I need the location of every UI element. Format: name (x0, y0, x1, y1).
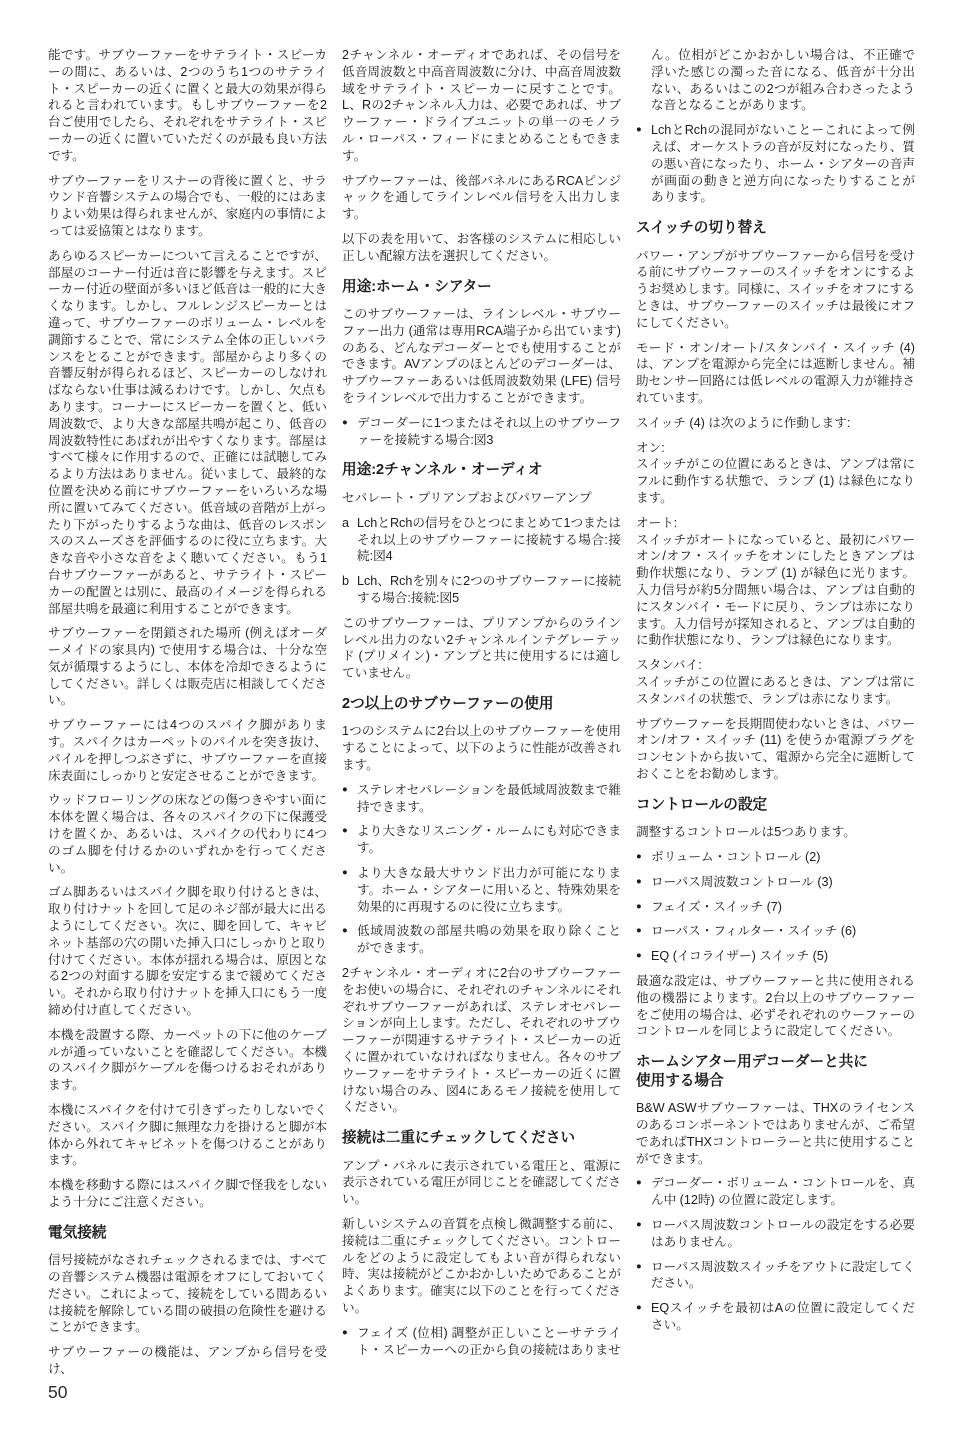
paragraph: アンプ・パネルに表示されている電圧と、電源に表示されている電圧が同じことを確認し… (342, 1158, 621, 1208)
paragraph: 新しいシステムの音質を点検し微調整する前に、接続は二重にチェックしてください。コ… (342, 1216, 621, 1317)
item-text: ボリューム・コントロール (2) (651, 849, 915, 866)
bullet-item: ●LchとRchの混同がないことーこれによって例えば、オーケストラの音が反対にな… (636, 122, 915, 206)
paragraph: セパレート・プリアンプおよびパワーアンプ (342, 490, 621, 507)
bullet-icon: ● (342, 923, 357, 957)
paragraph: 能です。サブウーファーをサテライト・スピーカーの間に、あるいは、2つのうち1つの… (48, 47, 327, 165)
item-letter: a (342, 515, 357, 565)
manual-page: 能です。サブウーファーをサテライト・スピーカーの間に、あるいは、2つのうち1つの… (0, 0, 954, 1434)
page-number: 50 (48, 1384, 67, 1401)
item-text: ローパス周波数スイッチをアウトに設定してください。 (651, 1259, 915, 1293)
bullet-icon: ● (636, 1300, 651, 1334)
paragraph: オート: スイッチがオートになっていると、最初にパワーオン/オフ・スイッチをオン… (636, 515, 915, 649)
bullet-item: ●EQスイッチを最初はAの位置に設定してください。 (636, 1300, 915, 1334)
bullet-icon: ● (342, 865, 357, 915)
section-heading: 接続は二重にチェックしてください (342, 1129, 621, 1148)
bullet-item: ●デコーダーに1つまたはそれ以上のサブウーファーを接続する場合:図3 (342, 415, 621, 449)
section-heading: 用途:ホーム・シアター (342, 278, 621, 297)
bullet-icon: ● (342, 415, 357, 449)
paragraph: サブウーファーの機能は、アンプから信号を受け、 (48, 1344, 327, 1378)
paragraph: オン: スイッチがこの位置にあるときは、アンプは常にフルに動作する状態で、ランプ… (636, 440, 915, 507)
paragraph: 本機を設置する際、カーペットの下に他のケーブルが通っていないことを確認してくださ… (48, 1027, 327, 1094)
paragraph: 調整するコントロールは5つあります。 (636, 824, 915, 841)
paragraph: B&W ASWサブウーファーは、THXのライセンスのあるコンポーネントではありま… (636, 1100, 915, 1167)
paragraph: このサブウーファーは、ラインレベル・サブウーファー出力 (通常は専用RCA端子か… (342, 306, 621, 407)
paragraph: サブウーファーを長期間使わないときは、パワーオン/オフ・スイッチ (11) を使… (636, 716, 915, 783)
bullet-icon: ● (342, 823, 357, 857)
bullet-item: ●フェイズ (位相) 調整が正しいことーサテライト・スピーカーへの正から負の接続… (342, 1325, 621, 1359)
bullet-item: ●ローパス周波数スイッチをアウトに設定してください。 (636, 1259, 915, 1293)
item-text: フェイズ・スイッチ (7) (651, 899, 915, 916)
bullet-icon: ● (342, 782, 357, 816)
item-text: デコーダーに1つまたはそれ以上のサブウーファーを接続する場合:図3 (357, 415, 621, 449)
paragraph: このサブウーファーは、プリアンプからのラインレベル出力のない2チャンネルインテグ… (342, 615, 621, 682)
paragraph: 信号接続がなされチェックされるまでは、すべての音響システム機器は電源をオフにして… (48, 1252, 327, 1336)
section-heading: 用途:2チャンネル・オーディオ (342, 461, 621, 480)
paragraph: 2チャンネル・オーディオであれば、その信号を低音周波数と中高音周波数に分け、中高… (342, 47, 621, 165)
paragraph: 本機を移動する際にはスパイク脚で怪我をしないよう十分にご注意ください。 (48, 1177, 327, 1211)
paragraph: サブウーファーをリスナーの背後に置くと、サラウンド音響システムの場合でも、一般的… (48, 173, 327, 240)
item-text: EQ (イコライザー) スイッチ (5) (651, 948, 915, 965)
paragraph: サブウーファーを閉鎖された場所 (例えばオーダーメイドの家具内) で使用する場合… (48, 625, 327, 709)
bullet-item: ●EQ (イコライザー) スイッチ (5) (636, 948, 915, 965)
item-text: ステレオセパレーションを最低域周波数まで維持できます。 (357, 782, 621, 816)
text-columns: 能です。サブウーファーをサテライト・スピーカーの間に、あるいは、2つのうち1つの… (48, 47, 915, 1386)
item-text: ローパス・フィルター・スイッチ (6) (651, 923, 915, 940)
lettered-item: aLchとRchの信号をひとつにまとめて1つまたはそれ以上のサブウーファーに接続… (342, 515, 621, 565)
paragraph: ウッドフローリングの床などの傷つきやすい面に本体を置く場合は、各々のスパイクの下… (48, 792, 327, 876)
paragraph: 本機にスパイクを付けて引きずったりしないでください。スパイク脚に無理な力を掛ける… (48, 1102, 327, 1169)
paragraph: あらゆるスピーカーについて言えることですが、部屋のコーナー付近は音に影響を与えま… (48, 248, 327, 618)
section-heading: 2つ以上のサブウーファーの使用 (342, 695, 621, 714)
bullet-item: ●ローパス周波数コントロール (3) (636, 874, 915, 891)
item-text: LchとRchの混同がないことーこれによって例えば、オーケストラの音が反対になっ… (651, 122, 915, 206)
item-text: ローパス周波数コントロールの設定をする必要はありません。 (651, 1217, 915, 1251)
item-text: ローパス周波数コントロール (3) (651, 874, 915, 891)
bullet-item: ●低域周波数の部屋共鳴の効果を取り除くことができます。 (342, 923, 621, 957)
bullet-icon: ● (636, 948, 651, 965)
paragraph: モード・オン/オート/スタンバイ・スイッチ (4) は、アンプを電源から完全には… (636, 340, 915, 407)
bullet-icon: ● (636, 1175, 651, 1209)
bullet-item: ●デコーダー・ボリューム・コントロールを、真ん中 (12時) の位置に設定します… (636, 1175, 915, 1209)
bullet-item: ●より大きな最大サウンド出力が可能になります。ホーム・シアターに用いると、特殊効… (342, 865, 621, 915)
item-text: デコーダー・ボリューム・コントロールを、真ん中 (12時) の位置に設定します。 (651, 1175, 915, 1209)
continued-paragraph: ん。位相がどこかおかしい場合は、不正確で浮いた感じの濁った音になる、低音が十分出… (636, 47, 915, 114)
paragraph: サブウーファーには4つのスパイク脚があります。スパイクはカーペットのパイルを突き… (48, 717, 327, 784)
bullet-icon: ● (636, 899, 651, 916)
bullet-icon: ● (636, 122, 651, 206)
bullet-item: ●ボリューム・コントロール (2) (636, 849, 915, 866)
bullet-icon: ● (342, 1325, 357, 1359)
bullet-icon: ● (636, 874, 651, 891)
bullet-item: ●ローパス周波数コントロールの設定をする必要はありません。 (636, 1217, 915, 1251)
item-letter: b (342, 573, 357, 607)
bullet-item: ●フェイズ・スイッチ (7) (636, 899, 915, 916)
paragraph: 1つのシステムに2台以上のサブウーファーを使用することによって、以下のように性能… (342, 723, 621, 773)
section-heading: 電気接続 (48, 1224, 327, 1243)
col-3: ん。位相がどこかおかしい場合は、不正確で浮いた感じの濁った音になる、低音が十分出… (636, 47, 915, 1342)
paragraph: 以下の表を用いて、お客様のシステムに相応しい正しい配線方法を選択してください。 (342, 231, 621, 265)
paragraph: スイッチ (4) は次のように作動します: (636, 415, 915, 432)
col-1: 能です。サブウーファーをサテライト・スピーカーの間に、あるいは、2つのうち1つの… (48, 47, 327, 1386)
col-2: 2チャンネル・オーディオであれば、その信号を低音周波数と中高音周波数に分け、中高… (342, 47, 621, 1366)
item-text: LchとRchの信号をひとつにまとめて1つまたはそれ以上のサブウーファーに接続す… (357, 515, 621, 565)
item-text: 低域周波数の部屋共鳴の効果を取り除くことができます。 (357, 923, 621, 957)
item-text: Lch、Rchを別々に2つのサブウーファーに接続する場合:接続:図5 (357, 573, 621, 607)
item-text: より大きな最大サウンド出力が可能になります。ホーム・シアターに用いると、特殊効果… (357, 865, 621, 915)
section-heading: ホームシアター用デコーダーと共に 使用する場合 (636, 1053, 915, 1090)
item-text: より大きなリスニング・ルームにも対応できます。 (357, 823, 621, 857)
paragraph: 最適な設定は、サブウーファーと共に使用される他の機器によります。2台以上のサブウ… (636, 973, 915, 1040)
bullet-icon: ● (636, 849, 651, 866)
lettered-item: bLch、Rchを別々に2つのサブウーファーに接続する場合:接続:図5 (342, 573, 621, 607)
bullet-icon: ● (636, 1259, 651, 1293)
paragraph: パワー・アンプがサブウーファーから信号を受ける前にサブウーファーのスイッチをオン… (636, 248, 915, 332)
paragraph: 2チャンネル・オーディオに2台のサブウーファーをお使いの場合に、それぞれのチャン… (342, 965, 621, 1116)
bullet-icon: ● (636, 923, 651, 940)
paragraph: スタンバイ: スイッチがこの位置にあるときは、アンプは常にスタンバイの状態で、ラ… (636, 657, 915, 707)
paragraph: サブウーファーは、後部パネルにあるRCAピンジャックを通してラインレベル信号を入… (342, 173, 621, 223)
bullet-item: ●ステレオセパレーションを最低域周波数まで維持できます。 (342, 782, 621, 816)
item-text: EQスイッチを最初はAの位置に設定してください。 (651, 1300, 915, 1334)
section-heading: コントロールの設定 (636, 796, 915, 815)
item-text: フェイズ (位相) 調整が正しいことーサテライト・スピーカーへの正から負の接続は… (357, 1325, 621, 1359)
bullet-item: ●より大きなリスニング・ルームにも対応できます。 (342, 823, 621, 857)
bullet-item: ●ローパス・フィルター・スイッチ (6) (636, 923, 915, 940)
paragraph: ゴム脚あるいはスパイク脚を取り付けるときは、取り付けナットを回して足のネジ部が最… (48, 884, 327, 1018)
section-heading: スイッチの切り替え (636, 219, 915, 238)
bullet-icon: ● (636, 1217, 651, 1251)
